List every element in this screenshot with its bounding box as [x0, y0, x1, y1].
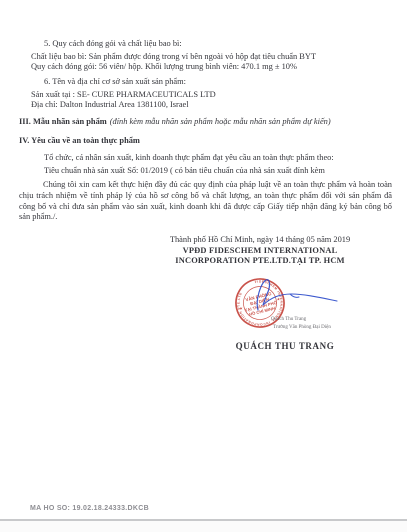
- section-iii-heading: III. Mẫu nhãn sản phẩm(đính kèm mẫu nhãn…: [19, 117, 331, 127]
- scanned-document-page: 5. Quy cách đóng gói và chất liệu bao bì…: [0, 0, 407, 532]
- iv-standard-line: Tiêu chuẩn nhà sản xuất Số: 01/2019 ( có…: [44, 166, 325, 176]
- org-name-line1: VPĐD FIDESCHEM INTERNATIONAL: [145, 246, 375, 257]
- signature-stroke-loop: [257, 280, 269, 310]
- section-iv-heading: IV. Yêu cầu về an toàn thực phẩm: [19, 136, 140, 146]
- item5-packaging-material: Chất liệu bao bì: Sản phẩm được đóng tro…: [31, 52, 316, 62]
- signer-small-name: Quách Thu Trang: [271, 317, 306, 324]
- item5-packaging-spec: Quy cách đóng gói: 56 viên/ hộp. Khối lư…: [31, 62, 297, 72]
- org-name-line2: INCORPORATION PTE.LTD.TẠI TP. HCM: [145, 256, 375, 267]
- page-background-margin: [0, 521, 407, 532]
- signer-small-title: Trưởng Văn Phòng Đại Diện: [273, 325, 331, 332]
- place-date-line: Thành phố Hồ Chí Minh, ngày 14 tháng 05 …: [145, 235, 375, 246]
- section-iii-title: III. Mẫu nhãn sản phẩm: [19, 117, 107, 126]
- item5-title: 5. Quy cách đóng gói và chất liệu bao bì…: [44, 39, 182, 49]
- handwritten-signature: [238, 274, 348, 319]
- signature-stroke-tail: [263, 294, 337, 305]
- item6-address: Địa chỉ: Dalton Industrial Area 1381100,…: [31, 100, 189, 110]
- item6-title: 6. Tên và địa chỉ cơ sở sản xuất sản phẩ…: [44, 77, 186, 87]
- signature-block: Thành phố Hồ Chí Minh, ngày 14 tháng 05 …: [145, 235, 375, 267]
- file-code: MA HO SO: 19.02.18.24333.DKCB: [30, 505, 149, 512]
- iv-requirement-line: Tổ chức, cá nhân sản xuất, kinh doanh th…: [44, 153, 334, 163]
- commitment-paragraph: Chúng tôi xin cam kết thực hiện đầy đủ c…: [19, 180, 392, 223]
- item6-manufacturer: Sản xuất tại : SE- CURE PHARMACEUTICALS …: [31, 90, 216, 100]
- signer-name: QUÁCH THU TRANG: [220, 341, 350, 351]
- section-iii-note: (đính kèm mẫu nhãn sản phẩm hoặc mẫu nhã…: [110, 117, 331, 126]
